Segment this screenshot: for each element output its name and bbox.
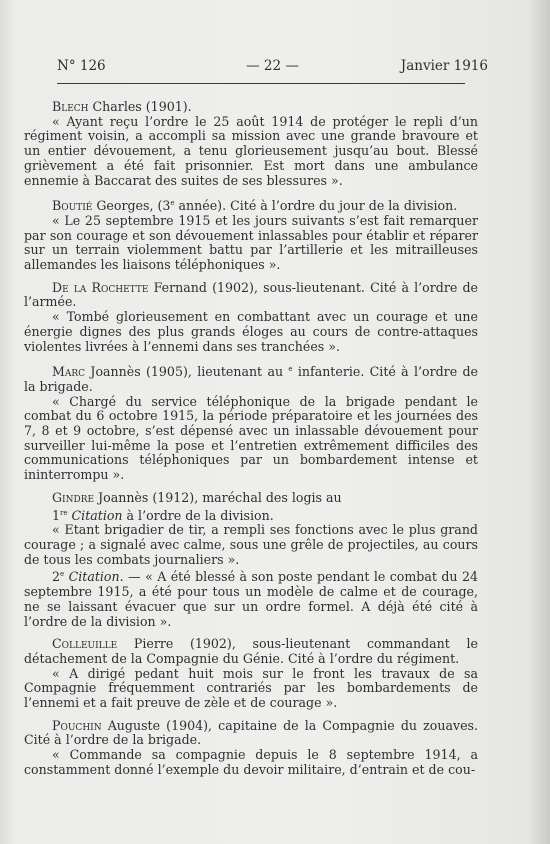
surname: De la Rochette: [52, 280, 148, 295]
surname: Pouchin: [52, 718, 102, 733]
issue-date: Janvier 1916: [401, 58, 488, 74]
citation-text: « Commande sa compagnie depuis le 8 sept…: [24, 748, 478, 777]
entry-heading: Marc Joannès (1905), lieutenant au e inf…: [24, 362, 478, 394]
entry-pouchin: Pouchin Auguste (1904), capitaine de la …: [24, 719, 478, 778]
citation-text: « A dirigé pedant huit mois sur le front…: [24, 667, 478, 711]
citation-text: « Le 25 septembre 1915 et les jours suiv…: [24, 214, 478, 273]
entry-gindre: Gindre Joannès (1912), maréchal des logi…: [24, 491, 478, 629]
page-header: N° 126 — 22 — Janvier 1916: [57, 58, 488, 78]
surname: Gindre: [52, 490, 94, 505]
citation-text: « Ayant reçu l’ordre le 25 août 1914 de …: [24, 115, 478, 189]
citation-2: 2e Citation. — « A été blessé à son post…: [24, 567, 478, 629]
entry-heading: Gindre Joannès (1912), maréchal des logi…: [24, 491, 478, 506]
entry-boutie: Boutié Georges, (3e année). Cité à l’ord…: [24, 196, 478, 273]
entry-de-la-rochette: De la Rochette Fernand (1902), sous-lieu…: [24, 281, 478, 355]
surname: Boutié: [52, 198, 92, 213]
entry-heading: Colleuille Pierre (1902), sous-lieutenan…: [24, 637, 478, 666]
surname: Marc: [52, 364, 85, 379]
entry-blech: Blech Charles (1901). « Ayant reçu l’ord…: [24, 100, 478, 188]
surname: Blech: [52, 99, 89, 114]
entry-colleuille: Colleuille Pierre (1902), sous-lieutenan…: [24, 637, 478, 711]
page-body: Blech Charles (1901). « Ayant reçu l’ord…: [24, 100, 478, 786]
header-rule: [57, 83, 465, 84]
entry-heading: De la Rochette Fernand (1902), sous-lieu…: [24, 281, 478, 310]
entry-marc: Marc Joannès (1905), lieutenant au e inf…: [24, 362, 478, 483]
entry-heading: Blech Charles (1901).: [24, 100, 478, 115]
citation-text: « Chargé du service téléphonique de la b…: [24, 395, 478, 483]
citation-1-text: « Etant brigadier de tir, a rempli ses f…: [24, 523, 478, 567]
entry-heading: Pouchin Auguste (1904), capitaine de la …: [24, 719, 478, 748]
surname: Colleuille: [52, 636, 117, 651]
document-page: N° 126 — 22 — Janvier 1916 Blech Charles…: [0, 0, 550, 844]
entry-heading: Boutié Georges, (3e année). Cité à l’ord…: [24, 196, 478, 214]
citation-text: « Tombé glorieusement en combattant avec…: [24, 310, 478, 354]
citation-1-heading: 1re Citation à l’ordre de la division.: [24, 506, 478, 524]
